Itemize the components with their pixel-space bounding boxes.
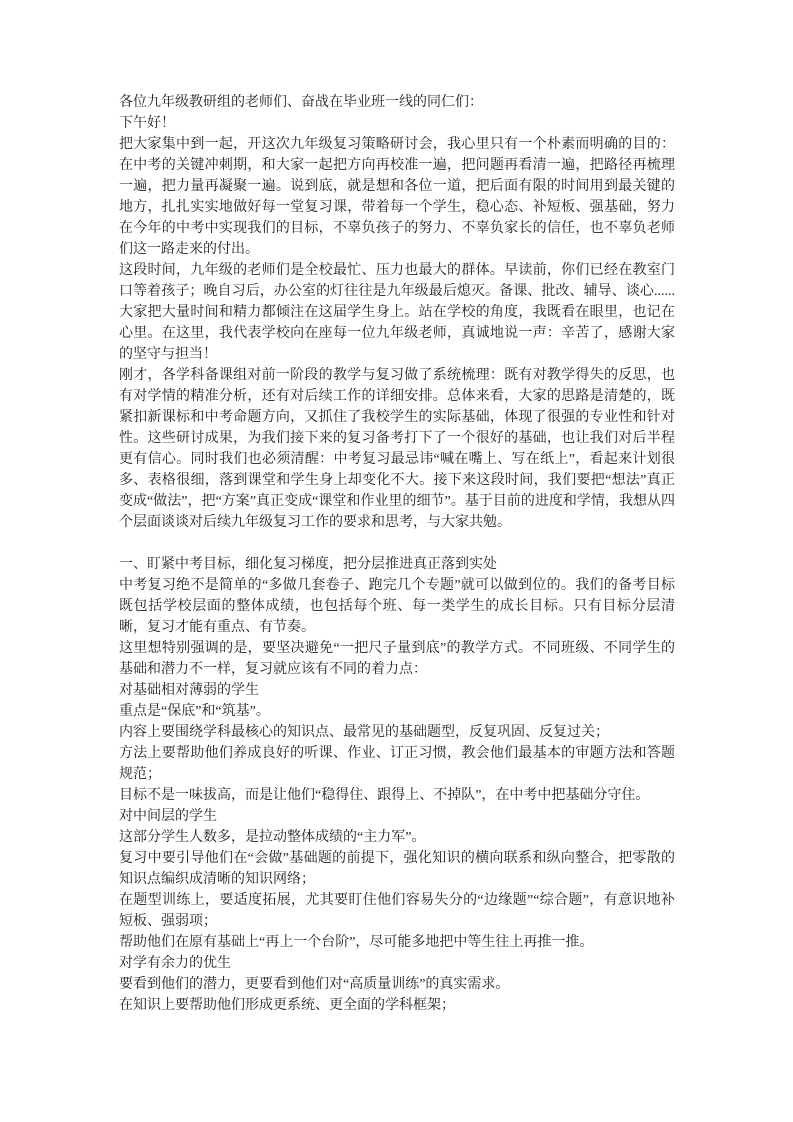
paragraph: 目标不是一味拔高，而是让他们“稳得住、跟得上、不掉队”，在中考中把基础分守住。	[119, 785, 675, 806]
paragraph: 中考复习绝不是简单的“多做几套卷子、跑完几个专题”就可以做到位的。我们的备考目标…	[119, 575, 675, 638]
subsection-label: 对学有余力的优生	[119, 953, 675, 974]
paragraph: 在题型训练上，要适度拓展，尤其要盯住他们容易失分的“边缘题”“综合题”，有意识地…	[119, 890, 675, 932]
paragraph: 这里想特别强调的是，要坚决避免“一把尺子量到底”的教学方式。不同班级、不同学生的…	[119, 638, 675, 680]
document-page: 各位九年级教研组的老师们、奋战在毕业班一线的同仁们： 下午好！ 把大家集中到一起…	[0, 0, 793, 1122]
subsection-label: 对中间层的学生	[119, 806, 675, 827]
paragraph: 内容上要围绕学科最核心的知识点、最常见的基础题型，反复巩固、反复过关；	[119, 722, 675, 743]
blank-line	[119, 533, 675, 554]
paragraph: 复习中要引导他们在“会做”基础题的前提下，强化知识的横向联系和纵向整合，把零散的…	[119, 848, 675, 890]
paragraph: 要看到他们的潜力，更要看到他们对“高质量训练”的真实需求。	[119, 974, 675, 995]
subsection-label: 对基础相对薄弱的学生	[119, 680, 675, 701]
paragraph: 帮助他们在原有基础上“再上一个台阶”，尽可能多地把中等生往上再推一推。	[119, 932, 675, 953]
document-text-block: 各位九年级教研组的老师们、奋战在毕业班一线的同仁们： 下午好！ 把大家集中到一起…	[119, 92, 675, 1016]
paragraph: 刚才，各学科备课组对前一阶段的教学与复习做了系统梳理：既有对教学得失的反思，也有…	[119, 365, 675, 533]
paragraph: 这段时间，九年级的老师们是全校最忙、压力也最大的群体。早读前，你们已经在教室门口…	[119, 260, 675, 365]
paragraph: 把大家集中到一起，开这次九年级复习策略研讨会，我心里只有一个朴素而明确的目的：在…	[119, 134, 675, 260]
salutation-line: 各位九年级教研组的老师们、奋战在毕业班一线的同仁们：	[119, 92, 675, 113]
paragraph: 这部分学生人数多，是拉动整体成绩的“主力军”。	[119, 827, 675, 848]
paragraph: 方法上要帮助他们养成良好的听课、作业、订正习惯，教会他们最基本的审题方法和答题规…	[119, 743, 675, 785]
greeting-line: 下午好！	[119, 113, 675, 134]
section-heading: 一、盯紧中考目标，细化复习梯度，把分层推进真正落到实处	[119, 554, 675, 575]
paragraph: 在知识上要帮助他们形成更系统、更全面的学科框架；	[119, 995, 675, 1016]
paragraph: 重点是“保底”和“筑基”。	[119, 701, 675, 722]
